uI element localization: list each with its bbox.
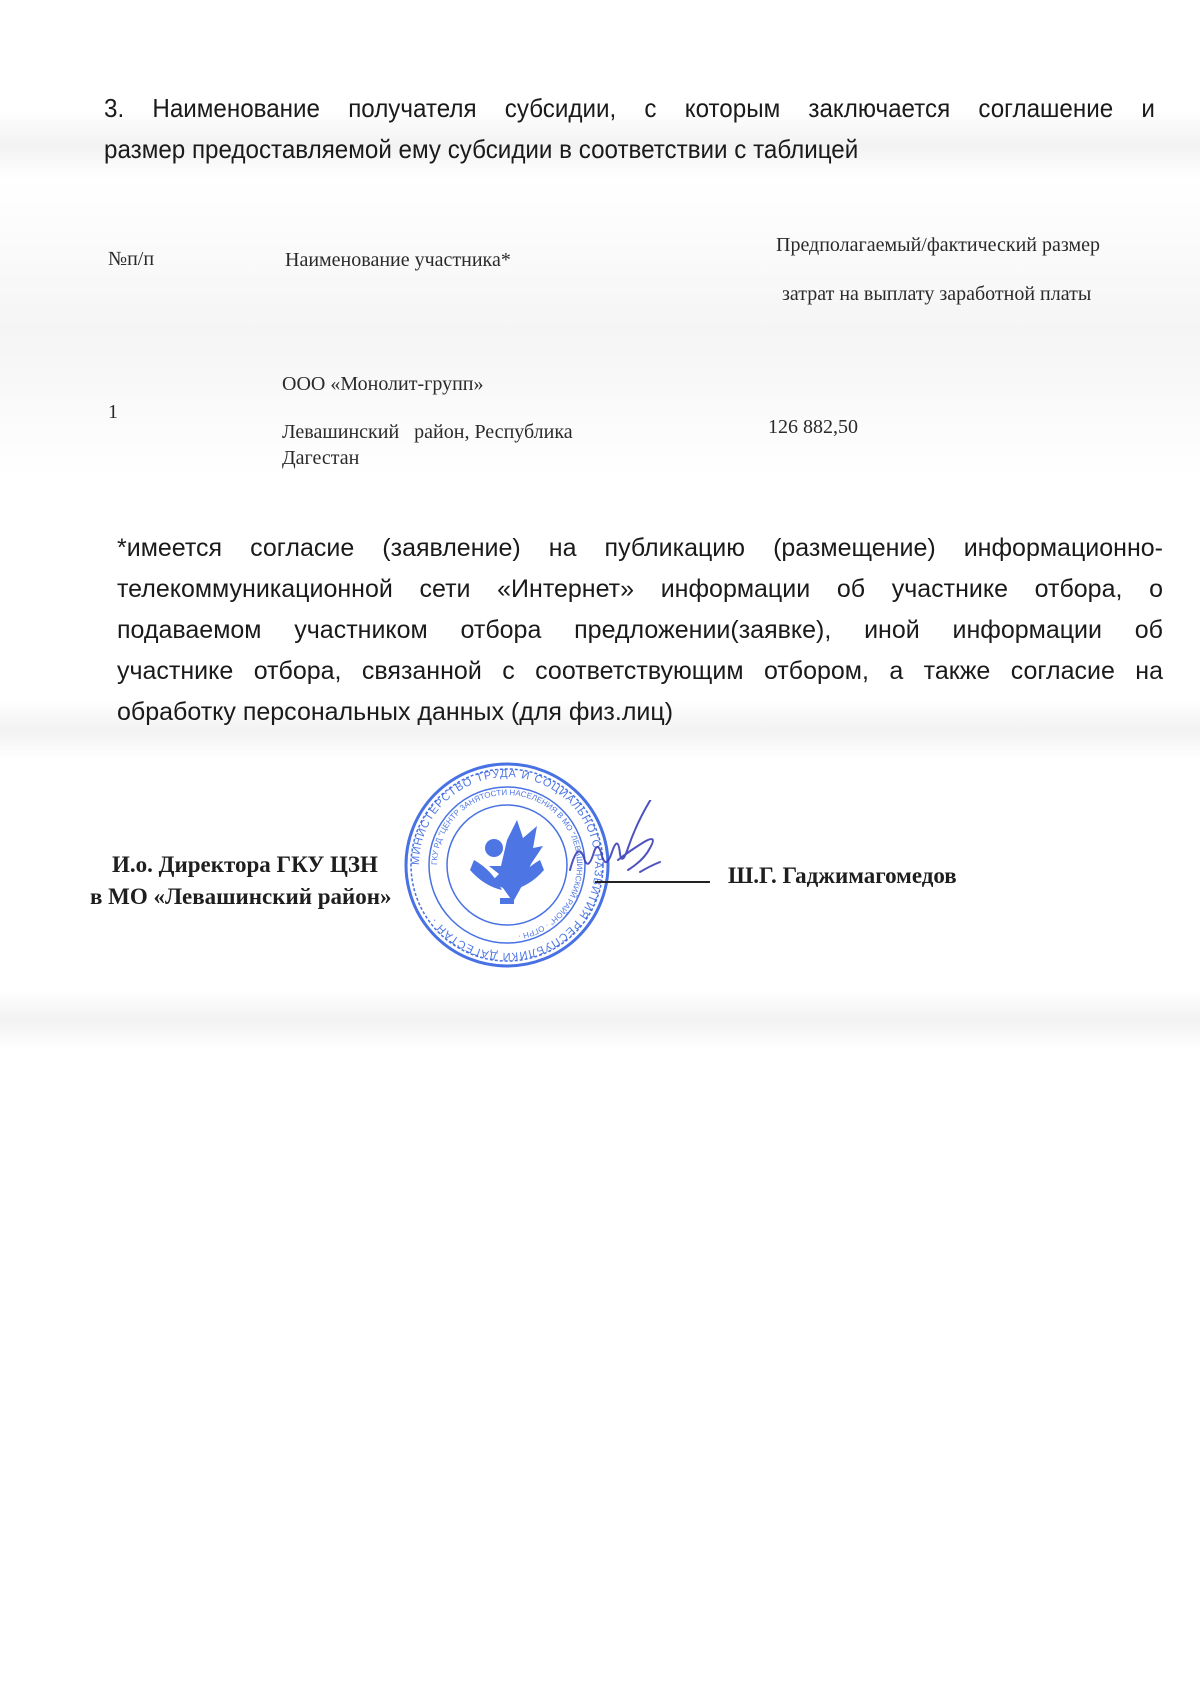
- participant-location-line-1: Левашинский район, Республика: [282, 420, 573, 444]
- signature-line: [595, 881, 710, 883]
- signer-position-line-1: И.о. Директора ГКУ ЦЗН: [112, 852, 378, 878]
- participant-location-line-2: Дагестан: [282, 446, 359, 470]
- section-heading-line-1: 3. Наименование получателя субсидии, с к…: [104, 88, 1155, 129]
- footnote-line: обработку персональных данных (для физ.л…: [117, 692, 1163, 733]
- scan-shading-bottom: [0, 990, 1200, 1050]
- footnote-line: телекоммуникационной сети «Интернет» инф…: [117, 569, 1163, 610]
- section-heading-line-2: размер предоставляемой ему субсидии в со…: [104, 129, 1081, 170]
- section-heading: 3. Наименование получателя субсидии, с к…: [104, 88, 1081, 170]
- row-number: 1: [108, 400, 118, 424]
- footnote-line: участнике отбора, связанной с соответств…: [117, 651, 1163, 692]
- subsidy-amount: 126 882,50: [768, 415, 858, 439]
- column-header-amount-line-2: затрат на выплату заработной платы: [782, 283, 1091, 306]
- column-header-number: №п/п: [108, 248, 154, 271]
- column-header-amount-line-1: Предполагаемый/фактический размер: [776, 234, 1100, 257]
- participant-name: ООО «Монолит-групп»: [282, 372, 483, 396]
- scan-shading-table: [0, 180, 1200, 480]
- footnote-line: *имеется согласие (заявление) на публика…: [117, 528, 1163, 569]
- footnote-line: подаваемом участником отбора предложении…: [117, 610, 1163, 651]
- signer-position-line-2: в МО «Левашинский район»: [90, 884, 392, 910]
- consent-footnote: *имеется согласие (заявление) на публика…: [117, 528, 1163, 733]
- handwritten-signature-icon: [540, 800, 700, 900]
- column-header-participant: Наименование участника*: [285, 249, 511, 272]
- signer-name: Ш.Г. Гаджимагомедов: [728, 863, 957, 889]
